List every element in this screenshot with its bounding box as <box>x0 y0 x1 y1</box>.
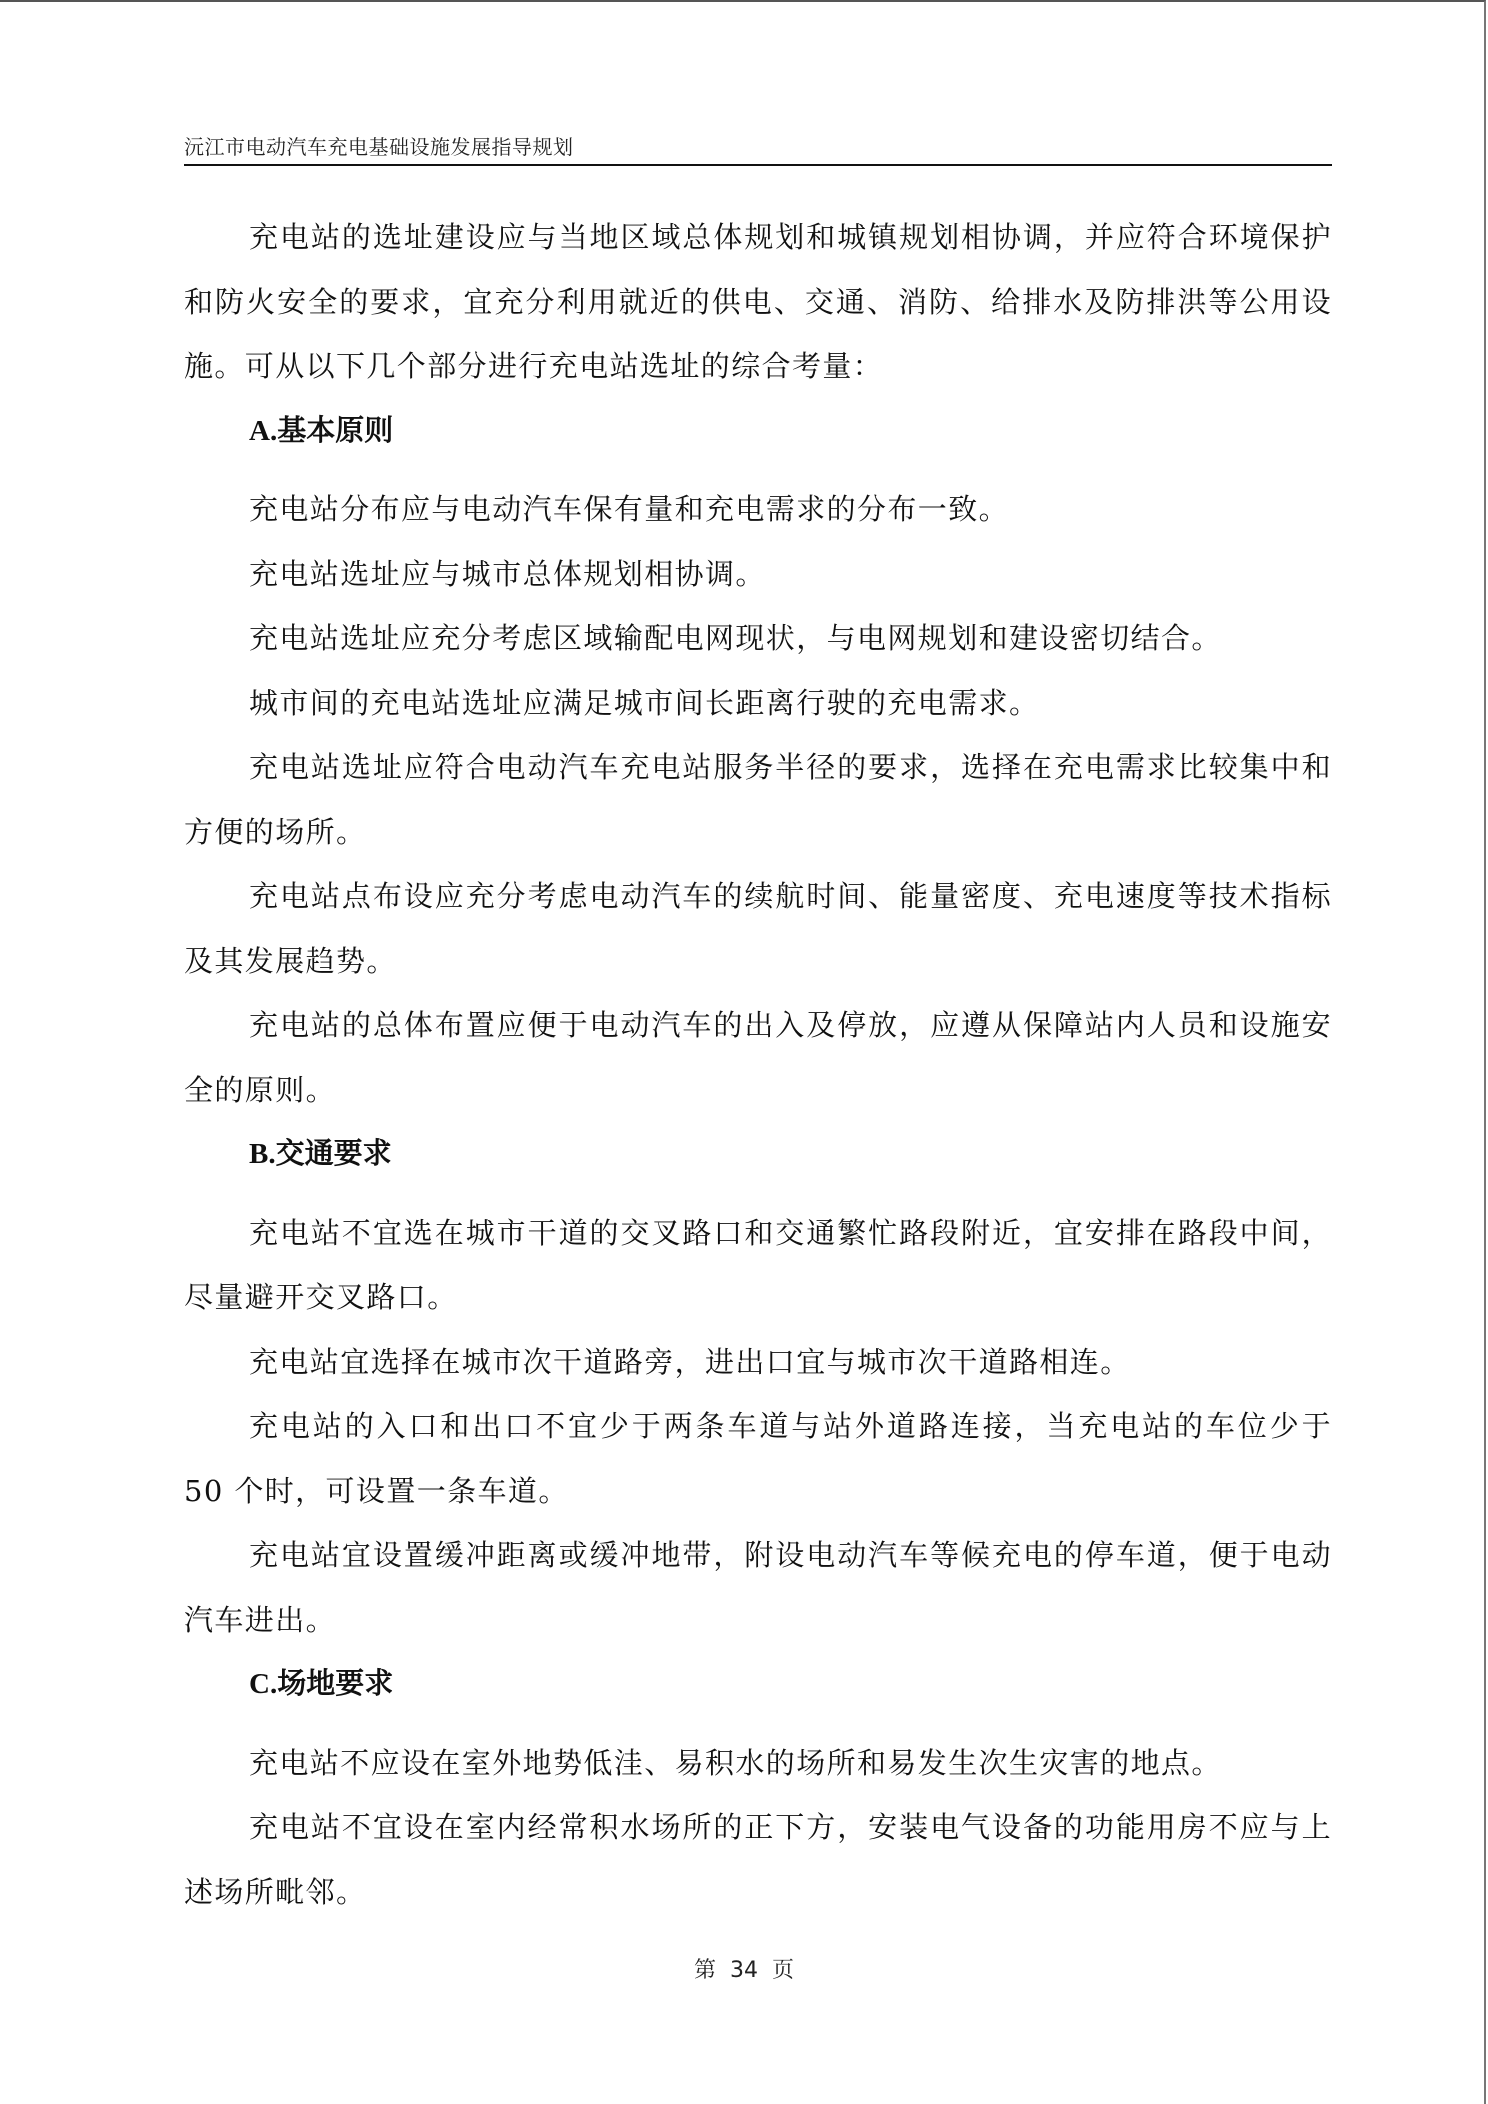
paragraph: 充电站的入口和出口不宜少于两条车道与站外道路连接，当充电站的车位少于 50 个时… <box>184 1394 1332 1523</box>
paragraph: 充电站的总体布置应便于电动汽车的出入及停放，应遵从保障站内人员和设施安全的原则。 <box>184 993 1332 1122</box>
running-header: 沅江市电动汽车充电基础设施发展指导规划 <box>184 126 1332 166</box>
paragraph: 充电站选址应符合电动汽车充电站服务半径的要求，选择在充电需求比较集中和方便的场所… <box>184 735 1332 864</box>
intro-paragraph: 充电站的选址建设应与当地区域总体规划和城镇规划相协调，并应符合环境保护和防火安全… <box>184 205 1332 399</box>
section-heading-c: C.场地要求 <box>184 1652 1332 1717</box>
paragraph: 充电站宜设置缓冲距离或缓冲地带，附设电动汽车等候充电的停车道，便于电动汽车进出。 <box>184 1523 1332 1652</box>
paragraph: 充电站选址应充分考虑区域输配电网现状，与电网规划和建设密切结合。 <box>184 606 1332 671</box>
document-title: 沅江市电动汽车充电基础设施发展指导规划 <box>184 131 574 160</box>
page-label-suffix: 页 <box>772 1958 794 1983</box>
paragraph: 充电站不宜选在城市干道的交叉路口和交通繁忙路段附近，宜安排在路段中间，尽量避开交… <box>184 1201 1332 1330</box>
page-label-prefix: 第 <box>694 1958 716 1983</box>
paragraph: 充电站不应设在室外地势低洼、易积水的场所和易发生次生灾害的地点。 <box>184 1731 1332 1796</box>
section-heading-b: B.交通要求 <box>184 1122 1332 1187</box>
page-body: 充电站的选址建设应与当地区域总体规划和城镇规划相协调，并应符合环境保护和防火安全… <box>184 205 1332 1924</box>
section-heading-a: A.基本原则 <box>184 399 1332 464</box>
paragraph: 充电站分布应与电动汽车保有量和充电需求的分布一致。 <box>184 477 1332 542</box>
paragraph: 城市间的充电站选址应满足城市间长距离行驶的充电需求。 <box>184 671 1332 736</box>
paragraph: 充电站不宜设在室内经常积水场所的正下方，安装电气设备的功能用房不应与上述场所毗邻… <box>184 1795 1332 1924</box>
page-footer: 第34页 <box>0 1953 1488 1984</box>
page-number: 34 <box>730 1958 758 1983</box>
paragraph: 充电站宜选择在城市次干道路旁，进出口宜与城市次干道路相连。 <box>184 1330 1332 1395</box>
paragraph: 充电站选址应与城市总体规划相协调。 <box>184 542 1332 607</box>
paragraph: 充电站点布设应充分考虑电动汽车的续航时间、能量密度、充电速度等技术指标及其发展趋… <box>184 864 1332 993</box>
